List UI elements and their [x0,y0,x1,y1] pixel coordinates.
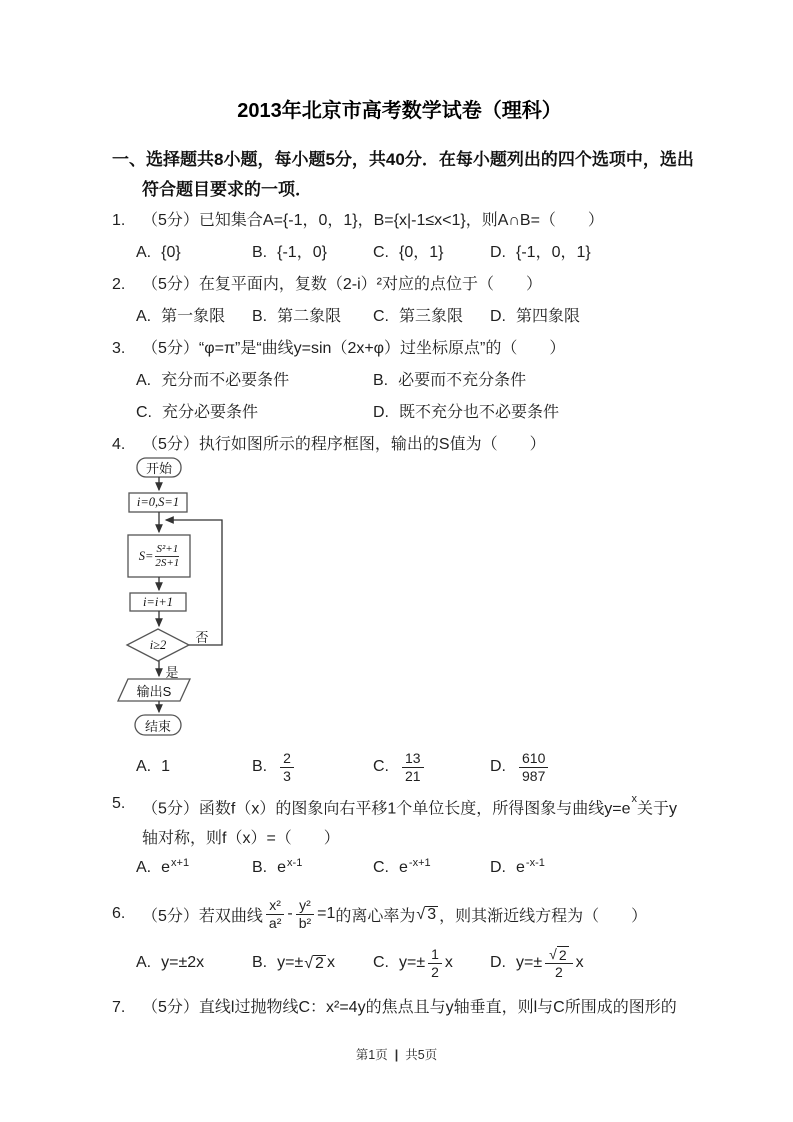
flowchart-start-label: 开始 [137,458,181,477]
option-a-base: e [161,854,170,882]
option-a-label: A. [136,237,151,269]
option-c: C.{0，1} [373,237,490,269]
flowchart-yes-label: 是 [162,662,182,680]
question-4-options: A.1 B.23 C.1321 D.610987 [112,745,687,789]
option-a: A.{0} [136,237,252,269]
option-c-base: e [399,854,408,882]
option-b: B.必要而不充分条件 [373,365,687,397]
option-d: D.{-1，0，1} [490,237,687,269]
option-b-base: e [277,854,286,882]
flowchart: 开始 i=0,S=1 S= S²+1 2S+1 i=i+1 i≥2 否 是 输出… [110,453,360,745]
option-c-value: 充分必要条件 [162,397,258,429]
section-header-line1: 一、选择题共8小题，每小题5分，共40分．在每小题列出的四个选项中，选出 [112,145,687,175]
flowchart-assign-numerator: S²+1 [155,543,179,557]
question-3-text: （5分）“φ=π”是“曲线y=sin（2x+φ）过坐标原点”的（ ） [142,333,687,365]
question-7-text: （5分）直线l过抛物线C：x²=4y的焦点且与y轴垂直，则l与C所围成的图形的 [142,992,687,1024]
option-b-pre: y=± [277,947,303,979]
option-b-label: B. [252,237,267,269]
option-b-exponent: x-1 [287,849,302,877]
section-header-line2: 符合题目要求的一项． [112,175,687,205]
question-3-options-row2: C.充分必要条件 D.既不充分也不必要条件 [112,397,687,429]
option-d-label: D. [490,237,506,269]
option-c: C.充分必要条件 [136,397,373,429]
question-3-number: 3. [112,333,142,365]
question-5-text-pre: （5分）函数f（x）的图象向右平移1个单位长度，所得图象与曲线y=e [142,800,631,817]
option-c: C.e-x+1 [373,854,490,882]
flowchart-init-label: i=0,S=1 [129,493,187,512]
fraction-denominator: 2 [428,964,442,981]
question-7: 7. （5分）直线l过抛物线C：x²=4y的焦点且与y轴垂直，则l与C所围成的图… [112,992,687,1024]
option-b: B.第二象限 [252,301,373,333]
option-c-label: C. [373,854,389,882]
question-5-text-post: 关于y [637,800,677,817]
question-6-options: A.y=±2x B.y=±√2x C.y=±12x D.y=±√22x [112,940,687,986]
option-c-label: C. [373,301,389,333]
question-2-options: A.第一象限 B.第二象限 C.第三象限 D.第四象限 [112,301,687,333]
option-a-label: A. [136,365,151,397]
option-b-label: B. [373,365,388,397]
hyperbola-fraction-2: y²b² [296,897,314,932]
flowchart-output-label: 输出S [118,679,190,701]
option-d-label: D. [490,854,506,882]
option-a-value: {0} [161,237,181,269]
flowchart-assign-lhs: S= [139,549,154,564]
flowchart-assign-label: S= S²+1 2S+1 [128,535,190,577]
question-6-text: （5分）若双曲线 x²a² - y²b² =1 的离心率为 √3 ，则其渐近线方… [142,897,647,932]
option-a: A.充分而不必要条件 [136,365,373,397]
sqrt-2: √2 [549,946,568,963]
fraction-denominator: a² [266,915,284,932]
option-b-label: B. [252,854,267,882]
hyperbola-fraction-1: x²a² [266,897,284,932]
option-c-label: C. [373,947,389,979]
option-c-label: C. [373,751,389,783]
option-b: B.{-1，0} [252,237,373,269]
option-b: B.23 [252,750,373,785]
option-b: B.y=±√2x [252,947,373,979]
option-d-label: D. [373,397,389,429]
option-d: D.既不充分也不必要条件 [373,397,687,429]
fraction-numerator: 2 [280,750,294,768]
radicand: 2 [557,946,569,963]
option-b-post: x [327,947,335,979]
option-d-label: D. [490,947,506,979]
option-c-exponent: -x+1 [409,849,431,877]
fraction-numerator: 610 [519,750,548,768]
option-c-post: x [445,947,453,979]
fraction-denominator: 2 [552,964,566,981]
flowchart-end-label: 结束 [135,715,181,735]
option-d-pre: y=± [516,947,542,979]
fraction-numerator: √2 [545,946,572,964]
option-c-label: C. [373,237,389,269]
question-6: 6. （5分）若双曲线 x²a² - y²b² =1 的离心率为 √3 ，则其渐… [112,888,687,940]
flowchart-condition-label: i≥2 [127,630,189,660]
option-c-fraction: 12 [428,946,442,981]
question-1-number: 1. [112,205,142,237]
question-7-number: 7. [112,992,142,1024]
option-b-value: 必要而不充分条件 [398,365,526,397]
question-6-text-post: ，则其渐近线方程为（ ） [439,903,647,926]
radical-sign: √ [549,946,557,963]
footer-separator: | [395,1048,399,1062]
option-b-fraction: 23 [280,750,294,785]
option-d-exponent: -x-1 [526,849,545,877]
option-a: A.ex+1 [136,854,252,882]
equals-one: =1 [317,905,335,923]
radicand: 3 [425,906,438,923]
exam-content: 2013年北京市高考数学试卷（理科） 一、选择题共8小题，每小题5分，共40分．… [112,0,687,1024]
option-b: B.ex-1 [252,854,373,882]
option-d: D.610987 [490,750,687,785]
question-5: 5. （5分）函数f（x）的图象向右平移1个单位长度，所得图象与曲线y=ex关于… [112,789,687,824]
fraction-numerator: 13 [402,750,424,768]
question-2-number: 2. [112,269,142,301]
option-d: D.e-x-1 [490,854,687,882]
question-2-text: （5分）在复平面内，复数（2-i）²对应的点位于（ ） [142,269,687,301]
question-6-number: 6. [112,905,142,923]
question-5-number: 5. [112,789,142,824]
option-a: A.第一象限 [136,301,252,333]
option-a-value: 1 [161,751,170,783]
option-d-value: 既不充分也不必要条件 [399,397,559,429]
fraction-denominator: b² [296,915,314,932]
option-b-label: B. [252,751,267,783]
flowchart-assign-denominator: 2S+1 [155,557,179,570]
option-b-label: B. [252,301,267,333]
option-c: C.y=±12x [373,946,490,981]
question-2: 2. （5分）在复平面内，复数（2-i）²对应的点位于（ ） [112,269,687,301]
option-a-label: A. [136,947,151,979]
question-6-text-pre: （5分）若双曲线 [142,903,263,926]
flowchart-no-label: 否 [192,627,212,645]
question-1: 1. （5分）已知集合A={-1，0，1}，B={x|-1≤x<1}，则A∩B=… [112,205,687,237]
option-a: A.1 [136,751,252,783]
option-d-value: 第四象限 [516,301,580,333]
option-c-pre: y=± [399,947,425,979]
option-c-value: 第三象限 [399,301,463,333]
option-d: D.第四象限 [490,301,687,333]
minus-sign: - [287,905,292,923]
option-c-label: C. [136,397,152,429]
flowchart-increment-label: i=i+1 [130,593,186,611]
question-3-options-row1: A.充分而不必要条件 B.必要而不充分条件 [112,365,687,397]
option-b-value: {-1，0} [277,237,327,269]
page-footer: 第1页|共5页 [0,1045,793,1063]
question-1-options: A.{0} B.{-1，0} C.{0，1} D.{-1，0，1} [112,237,687,269]
option-d-base: e [516,854,525,882]
option-a-value: y=±2x [161,947,204,979]
option-c-value: {0，1} [399,237,444,269]
option-a-label: A. [136,301,151,333]
question-5-options: A.ex+1 B.ex-1 C.e-x+1 D.e-x-1 [112,854,687,882]
option-a-label: A. [136,751,151,783]
option-a: A.y=±2x [136,947,252,979]
flowchart-assign-fraction: S²+1 2S+1 [155,543,179,570]
fraction-numerator: x² [266,897,284,915]
exponent: x [632,793,638,805]
option-b-label: B. [252,947,267,979]
option-c: C.1321 [373,750,490,785]
footer-page-total: 共5页 [405,1048,437,1062]
question-1-text: （5分）已知集合A={-1，0，1}，B={x|-1≤x<1}，则A∩B=（ ） [142,205,687,237]
sqrt-2: √2 [304,955,326,972]
option-a-label: A. [136,854,151,882]
question-6-text-mid: 的离心率为 [335,903,415,926]
option-a-value: 充分而不必要条件 [161,365,289,397]
footer-page-current: 第1页 [356,1048,388,1062]
option-d-fraction: 610987 [519,750,548,785]
radicand: 2 [313,955,326,972]
option-c: C.第三象限 [373,301,490,333]
fraction-numerator: 1 [428,946,442,964]
option-d: D.y=±√22x [490,946,687,981]
option-d-value: {-1，0，1} [516,237,591,269]
radical-sign: √ [416,906,425,923]
option-d-fraction: √22 [545,946,572,981]
option-a-value: 第一象限 [161,301,225,333]
radical-sign: √ [304,955,313,972]
option-b-value: 第二象限 [277,301,341,333]
page-title: 2013年北京市高考数学试卷（理科） [112,97,687,126]
option-d-label: D. [490,751,506,783]
option-d-post: x [576,947,584,979]
fraction-denominator: 987 [519,768,548,785]
exam-page: 2013年北京市高考数学试卷（理科） 一、选择题共8小题，每小题5分，共40分．… [0,0,793,1122]
option-d-label: D. [490,301,506,333]
question-5-text-line2: 轴对称，则f（x）=（ ） [112,824,687,854]
fraction-denominator: 3 [280,768,294,785]
fraction-denominator: 21 [402,768,424,785]
sqrt-3: √3 [416,906,438,923]
option-a-exponent: x+1 [171,849,189,877]
question-5-text-line1: （5分）函数f（x）的图象向右平移1个单位长度，所得图象与曲线y=ex关于y [142,789,687,824]
question-3: 3. （5分）“φ=π”是“曲线y=sin（2x+φ）过坐标原点”的（ ） [112,333,687,365]
option-c-fraction: 1321 [402,750,424,785]
fraction-numerator: y² [296,897,314,915]
